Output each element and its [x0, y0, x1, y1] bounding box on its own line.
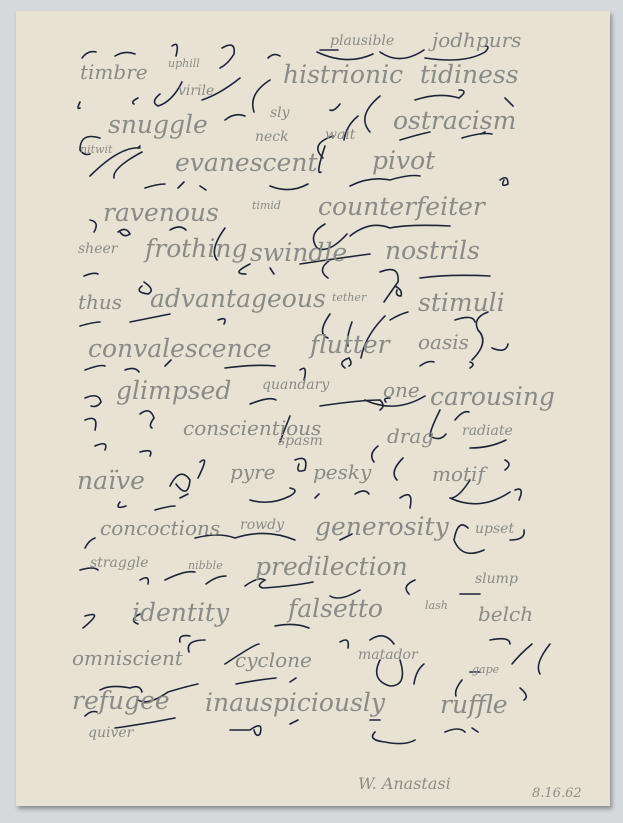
- word-generosity: generosity: [315, 514, 449, 539]
- word-thus: thus: [78, 292, 122, 312]
- word-concoctions: concoctions: [100, 518, 220, 538]
- word-snuggle: snuggle: [108, 112, 208, 137]
- word-glimpsed: glimpsed: [116, 378, 231, 403]
- word-virile: virile: [178, 84, 214, 98]
- artwork-date: 8.16.62: [532, 786, 582, 801]
- word-oasis: oasis: [418, 332, 469, 352]
- word-stimuli: stimuli: [418, 290, 505, 315]
- word-straggle: straggle: [90, 556, 149, 570]
- word-rowdy: rowdy: [240, 518, 284, 532]
- word-one: one: [383, 380, 420, 400]
- word-swindle: swindle: [250, 240, 347, 265]
- word-tether: tether: [332, 292, 366, 303]
- word-radiate: radiate: [462, 424, 513, 438]
- word-matador: matador: [358, 648, 418, 662]
- word-quiver: quiver: [88, 726, 133, 740]
- word-gape: gape: [472, 664, 499, 675]
- word-cyclone: cyclone: [235, 650, 312, 670]
- word-sheer: sheer: [78, 242, 117, 256]
- artist-signature: W. Anastasi: [358, 774, 451, 793]
- word-refugee: refugee: [72, 688, 170, 713]
- word-pesky: pesky: [313, 462, 371, 482]
- word-advantageous: advantageous: [150, 286, 326, 311]
- word-inauspiciously: inauspiciously: [205, 690, 385, 715]
- word-belch: belch: [478, 604, 533, 624]
- word-histrionic: histrionic: [283, 62, 403, 87]
- word-ruffle: ruffle: [440, 692, 508, 717]
- word-nostrils: nostrils: [385, 238, 480, 263]
- word-wait: wait: [325, 128, 355, 142]
- word-nitwit: nitwit: [80, 144, 112, 155]
- word-frothing: frothing: [145, 236, 248, 261]
- word-ostracism: ostracism: [393, 108, 516, 133]
- word-spasm: spasm: [278, 434, 323, 448]
- word-nibble: nibble: [188, 560, 223, 571]
- word-neck: neck: [255, 130, 289, 144]
- word-motif: motif: [432, 464, 485, 484]
- word-carousing: carousing: [430, 384, 555, 409]
- word-flutter: flutter: [310, 332, 390, 357]
- word-falsetto: falsetto: [288, 596, 383, 621]
- word-slump: slump: [475, 572, 518, 586]
- word-quandary: quandary: [262, 378, 329, 392]
- word-upset: upset: [475, 522, 514, 536]
- word-tidiness: tidiness: [420, 62, 519, 87]
- word-timbre: timbre: [80, 62, 148, 82]
- word-counterfeiter: counterfeiter: [318, 194, 485, 219]
- word-lash: lash: [425, 600, 448, 611]
- word-jodhpurs: jodhpurs: [432, 30, 521, 50]
- word-nave: naïve: [77, 468, 145, 493]
- word-uphill: uphill: [168, 58, 200, 69]
- word-pyre: pyre: [230, 462, 276, 482]
- word-ravenous: ravenous: [103, 200, 219, 225]
- word-sly: sly: [270, 106, 290, 120]
- word-evanescent: evanescent: [175, 150, 318, 175]
- word-plausible: plausible: [330, 34, 394, 48]
- word-drag: drag: [387, 426, 434, 446]
- word-convalescence: convalescence: [88, 336, 272, 361]
- word-pivot: pivot: [372, 148, 435, 173]
- word-identity: identity: [132, 600, 229, 625]
- word-timid: timid: [252, 200, 281, 211]
- word-predilection: predilection: [255, 554, 408, 579]
- word-omniscient: omniscient: [72, 648, 183, 668]
